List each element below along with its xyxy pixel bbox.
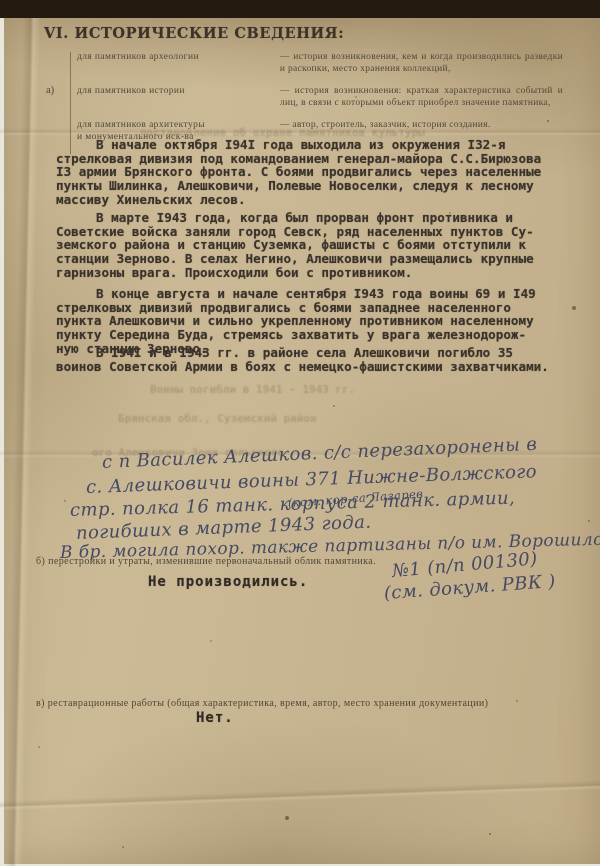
item-v-label: в) реставрационные работы (общая характе…: [36, 698, 556, 709]
definition-term: для памятников археологии: [71, 52, 280, 75]
bleedthrough-text: Брянская обл., Суземский район: [118, 412, 317, 425]
definition-row-history: для памятников истории — история возникн…: [71, 86, 563, 109]
scanned-document-page: VI. ИСТОРИЧЕСКИЕ СВЕДЕНИЯ: постановление…: [0, 0, 600, 866]
item-b-label: б) перестройки и утраты, изменившие перв…: [36, 556, 506, 567]
torn-top-edge: [0, 0, 600, 18]
bleedthrough-text: Воины погибли в 1941 - 1943 гг.: [150, 383, 355, 396]
item-b-answer: Не производились.: [148, 574, 308, 590]
item-v-answer: Нет.: [196, 710, 234, 726]
section-title: VI. ИСТОРИЧЕСКИЕ СВЕДЕНИЯ:: [44, 25, 344, 42]
definition-row-archeology: для памятников археологии — история возн…: [71, 52, 563, 75]
item-a-marker: а): [46, 85, 54, 96]
typed-paragraph-march-1943: В марте I943 года, когда был прорван фро…: [56, 211, 562, 280]
typed-paragraph-casualties: В I94I и в I943 гг. в районе села Алешко…: [56, 346, 562, 373]
definition-term: для памятников истории: [71, 86, 280, 109]
definition-description: — история возникновения, кем и когда про…: [280, 52, 563, 75]
typed-paragraph-1941-encirclement: В начале октября I94I года выходила из о…: [56, 138, 562, 207]
definition-description: — история возникновения: краткая характе…: [280, 86, 563, 109]
